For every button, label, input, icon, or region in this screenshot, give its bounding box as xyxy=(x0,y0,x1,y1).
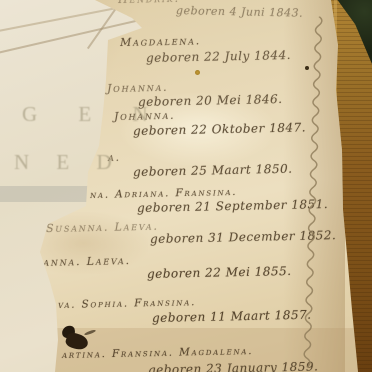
entry-name: Hendrik. xyxy=(118,0,180,6)
watermark-text-ned: N E D xyxy=(14,150,123,175)
entry-name: va. Sophia. Fransina. xyxy=(58,296,196,311)
entry-name: sanna. Laeva. xyxy=(36,254,131,269)
book-photo: Hendrik. geboren 4 Juni 1843. Magdalena.… xyxy=(0,0,372,372)
entry-birth-date: geboren 22 Mei 1855. xyxy=(147,264,292,281)
entry-name: Magdalena. xyxy=(120,34,201,49)
entry-name: Susanna. Laeva. xyxy=(46,220,159,235)
entry-name: Johanna. xyxy=(107,81,169,95)
paper-speck xyxy=(195,70,200,75)
watermark-text-gen: G E N xyxy=(22,102,166,127)
entry-birth-date: geboren 25 Maart 1850. xyxy=(133,162,293,179)
ink-blot xyxy=(84,329,96,336)
entry-birth-date: geboren 11 Maart 1857. xyxy=(152,308,312,325)
entry-birth-date: geboren 4 Juni 1843. xyxy=(176,4,303,20)
entry-birth-date: geboren 22 July 1844. xyxy=(146,48,291,65)
stitching-pattern xyxy=(292,16,334,372)
entry-name: artina. Fransina. Magdalena. xyxy=(62,345,254,361)
